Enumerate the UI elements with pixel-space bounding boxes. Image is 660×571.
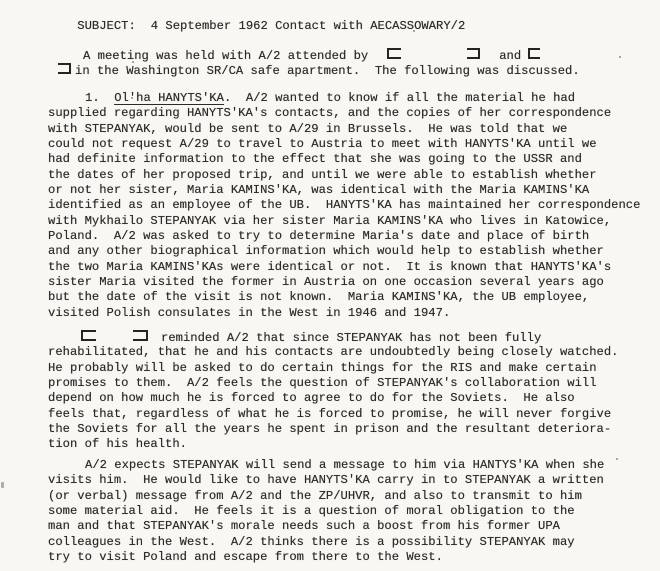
scan-speck: [1, 482, 4, 488]
text-line: in the Washington SR/CA safe apartment. …: [48, 63, 580, 78]
text-line: Poland. A/2 was asked to try to determin…: [48, 229, 640, 244]
paragraph1-line1-rest: . A/2 wanted to know if all the material…: [224, 91, 575, 105]
redaction-bracket-open-icon: [81, 330, 96, 341]
paragraph-number: 1.: [85, 91, 100, 105]
intro-paragraph: A meeting was held with A/2 attended bya…: [48, 48, 580, 79]
text-line: A meeting was held with A/2 attended bya…: [48, 48, 580, 63]
subject-label: SUBJECT:: [77, 19, 136, 34]
text-line: rehabilitated, that he and his contacts …: [48, 345, 618, 360]
text-line: visits him. He would like to have HANYTS…: [48, 473, 604, 488]
intro-and-text: and: [499, 49, 521, 63]
text-line: depend on how much he is forced to agree…: [48, 391, 618, 406]
text-line: He probably will be asked to do certain …: [48, 361, 618, 376]
text-line: try to visit Poland and escape from ther…: [48, 550, 604, 565]
intro-line2-text: in the Washington SR/CA safe apartment. …: [75, 64, 580, 78]
intro-line1-text: A meeting was held with A/2 attended by: [83, 49, 368, 63]
scanned-memo-page: SUBJECT:4 September 1962 Contact with AE…: [0, 0, 660, 571]
text-line: the dates of her proposed trip, and unti…: [48, 168, 640, 183]
text-line: the two Maria KAMINS'KAs were identical …: [48, 260, 640, 275]
redaction-bracket-close-icon: [467, 48, 480, 59]
text-line: with STEPANYAK, would be sent to A/29 in…: [48, 122, 640, 137]
text-line: had definite information to the effect t…: [48, 152, 640, 167]
text-line: identified as an employee of the UB. HAN…: [48, 198, 640, 213]
scan-speck: [616, 458, 618, 460]
text-line: supplied regarding HANYTS'KA's contacts,…: [48, 106, 640, 121]
text-line: (or verbal) message from A/2 and the ZP/…: [48, 489, 604, 504]
text-line: man and that STEPANYAK's morale needs su…: [48, 519, 604, 534]
subject-text: 4 September 1962 Contact with AECASSOWAR…: [151, 19, 466, 34]
text-line: reminded A/2 that since STEPANYAK has no…: [48, 330, 618, 345]
text-line: promises to them. A/2 feels the question…: [48, 376, 618, 391]
text-line: some material aid. He feels it is a ques…: [48, 504, 604, 519]
subject-line: SUBJECT:4 September 1962 Contact with AE…: [48, 4, 465, 19]
paragraph-1: 1.Ol'ha HANYTS'KA. A/2 wanted to know if…: [48, 91, 640, 321]
text-line: 1.Ol'ha HANYTS'KA. A/2 wanted to know if…: [48, 91, 640, 106]
text-line: but the date of the visit is not known. …: [48, 290, 640, 305]
text-line: tion of his health.: [48, 437, 618, 452]
scan-speck: [619, 56, 621, 58]
scan-speck: [132, 61, 134, 63]
scan-speck: [413, 30, 415, 32]
text-line: feels that, regardless of what he is for…: [48, 407, 618, 422]
text-line: the Soviets for all the years he spent i…: [48, 422, 618, 437]
redaction-bracket-open-icon: [387, 48, 401, 59]
text-line: with Mykhailo STEPANYAK via her sister M…: [48, 214, 640, 229]
paragraph2-line1-text: reminded A/2 that since STEPANYAK has no…: [161, 331, 541, 345]
text-line: and any other biographical information w…: [48, 244, 640, 259]
paragraph-2: reminded A/2 that since STEPANYAK has no…: [48, 330, 618, 453]
text-line: could not request A/29 to travel to Aust…: [48, 137, 640, 152]
text-line: or not her sister, Maria KAMINS'KA, was …: [48, 183, 640, 198]
text-line: colleagues in the West. A/2 thinks there…: [48, 535, 604, 550]
text-line: A/2 expects STEPANYAK will send a messag…: [48, 458, 604, 473]
redaction-bracket-open-icon: [528, 48, 540, 59]
redaction-bracket-close-icon: [133, 330, 148, 341]
text-line: visited Polish consulates in the West in…: [48, 306, 640, 321]
text-line: sister Maria visited the former in Austr…: [48, 275, 640, 290]
paragraph-3: A/2 expects STEPANYAK will send a messag…: [48, 458, 604, 565]
scan-speck: [131, 97, 133, 99]
redaction-bracket-close-icon: [58, 63, 71, 74]
